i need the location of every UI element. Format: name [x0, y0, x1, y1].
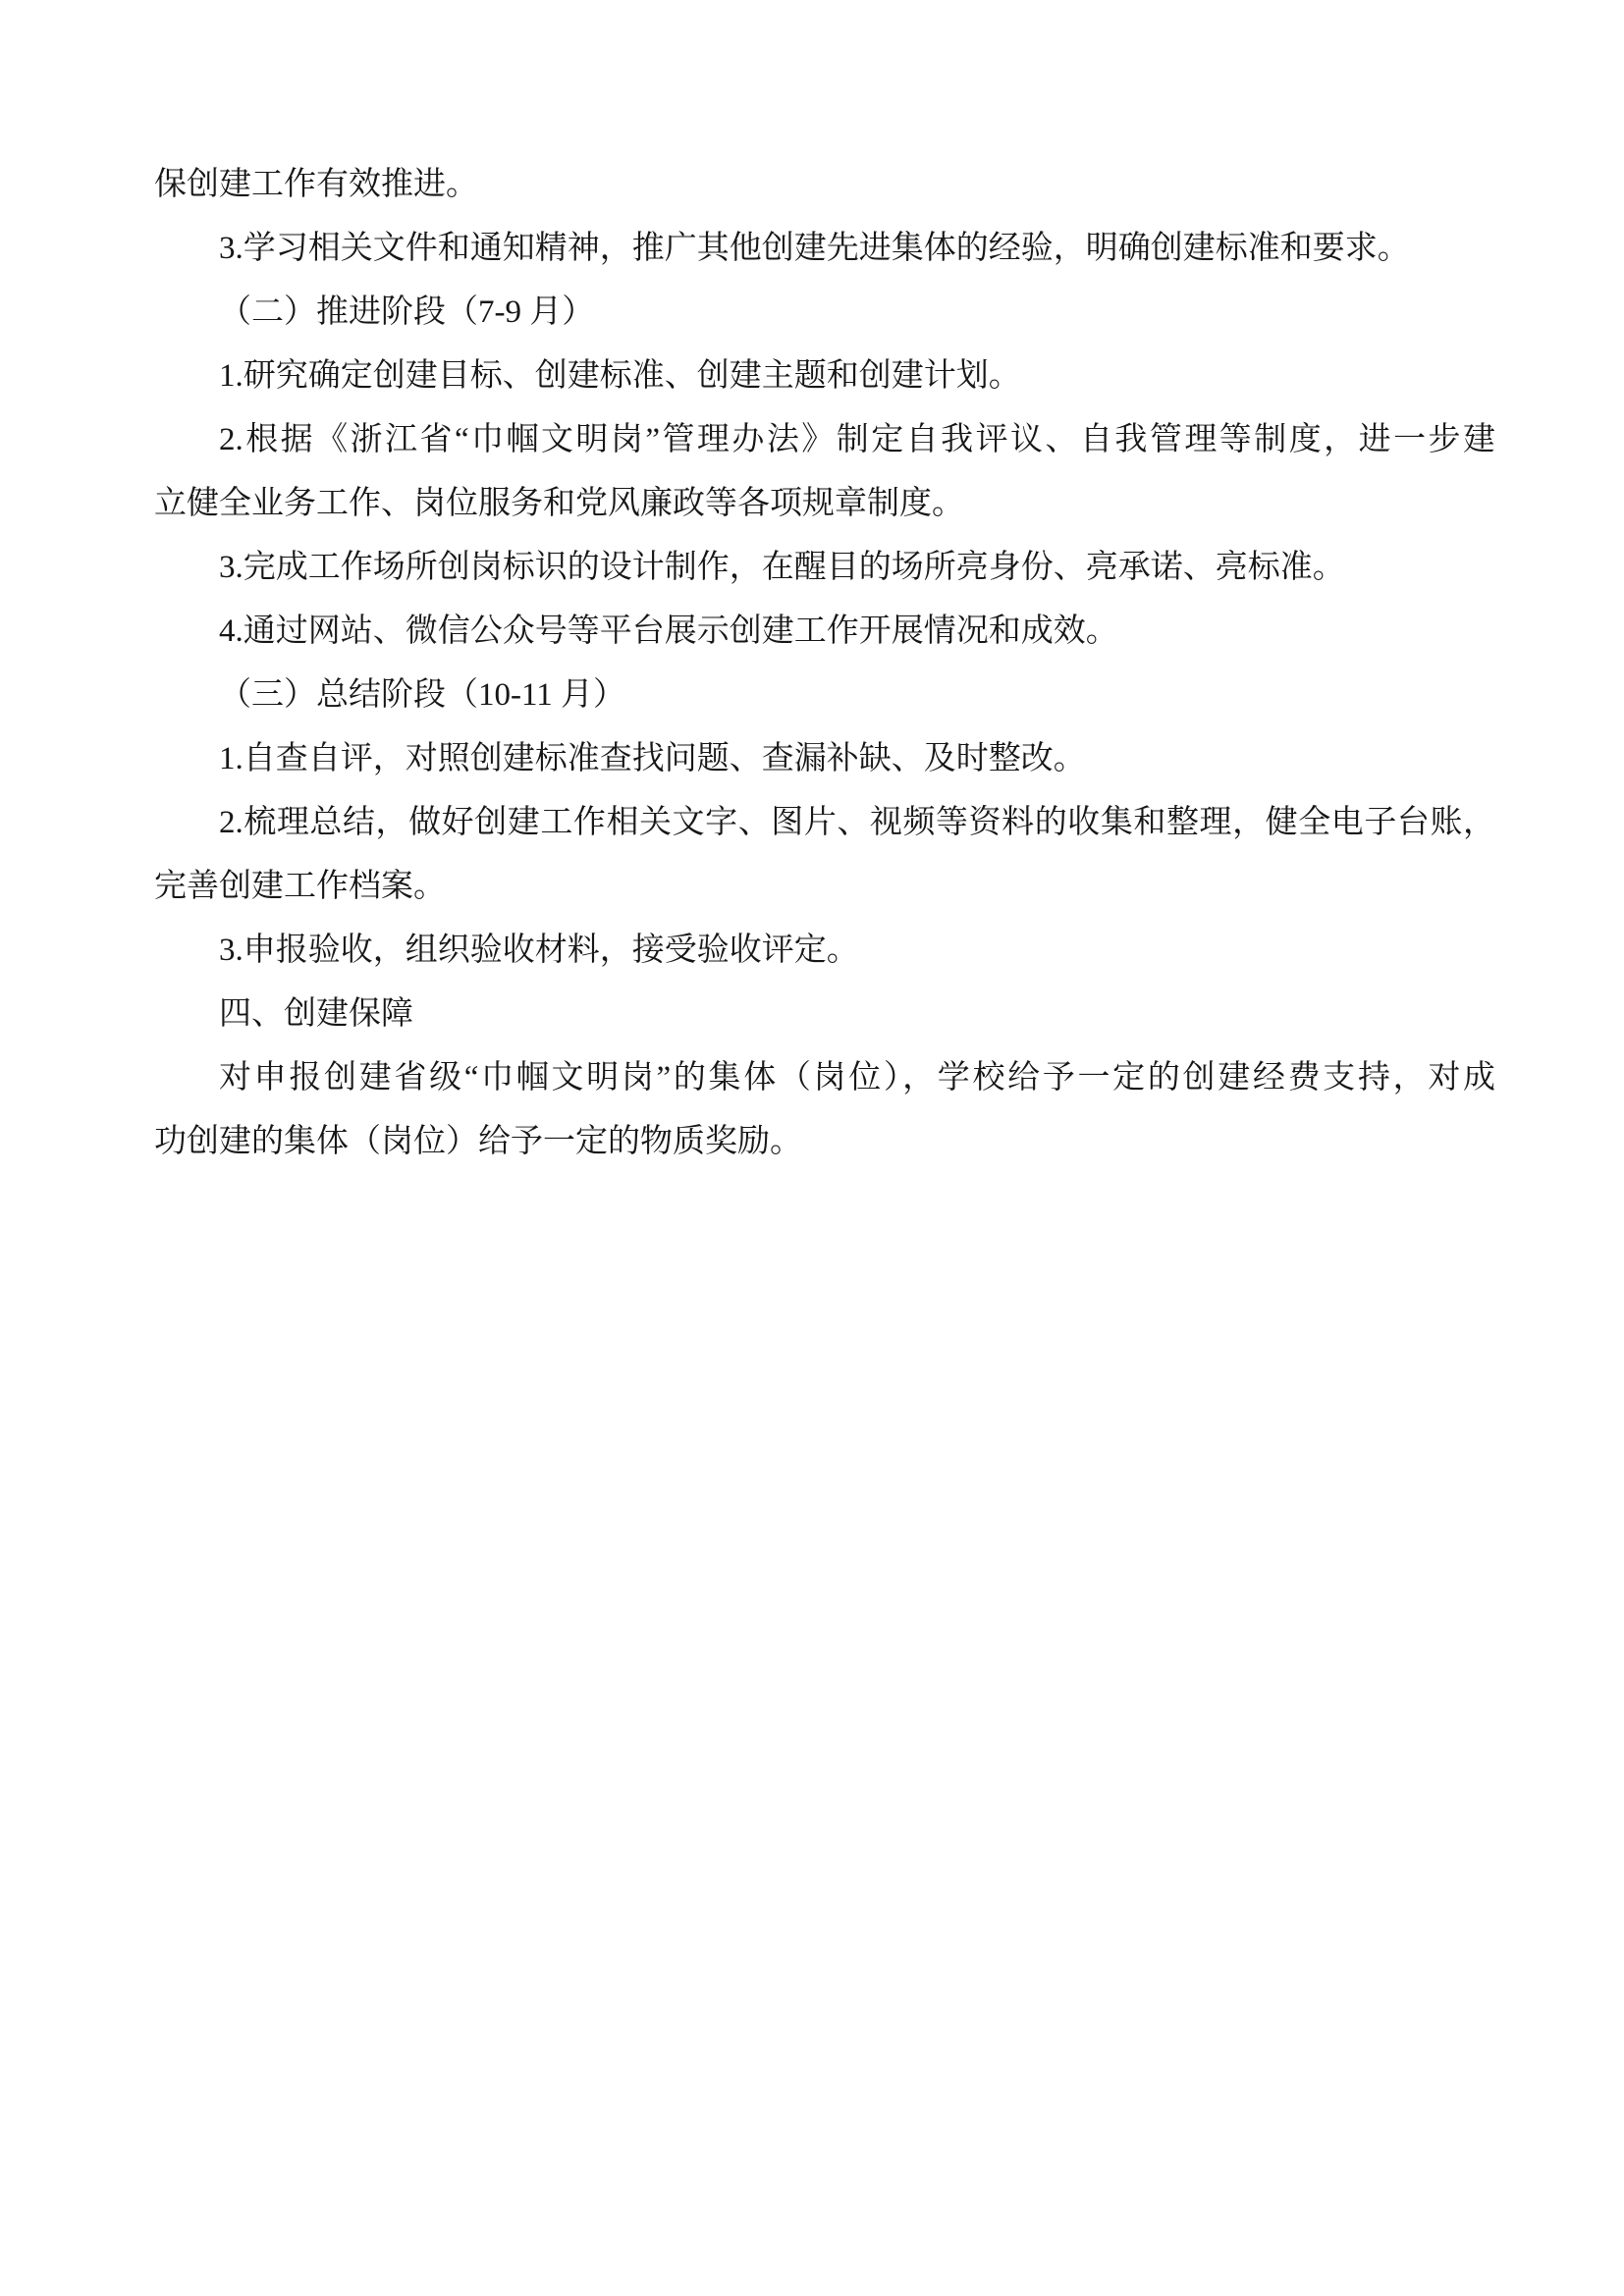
document-line: 3.完成工作场所创岗标识的设计制作，在醒目的场所亮身份、亮承诺、亮标准。	[154, 536, 1495, 600]
document-line: 2.根据《浙江省“巾帼文明岗”管理办法》制定自我评议、自我管理等制度，进一步建	[154, 408, 1495, 472]
section-heading-stage-2: （二）推进阶段（7-9 月）	[154, 281, 1495, 345]
document-line: 功创建的集体（岗位）给予一定的物质奖励。	[154, 1110, 1495, 1174]
section-heading-stage-3: （三）总结阶段（10-11 月）	[154, 664, 1495, 727]
document-text-block: 保创建工作有效推进。 3.学习相关文件和通知精神，推广其他创建先进集体的经验，明…	[154, 153, 1495, 1174]
document-line: 对申报创建省级“巾帼文明岗”的集体（岗位），学校给予一定的创建经费支持，对成	[154, 1046, 1495, 1110]
document-line: 保创建工作有效推进。	[154, 153, 1495, 217]
section-heading-part-4: 四、创建保障	[154, 983, 1495, 1046]
document-line: 3.学习相关文件和通知精神，推广其他创建先进集体的经验，明确创建标准和要求。	[154, 217, 1495, 281]
document-line: 4.通过网站、微信公众号等平台展示创建工作开展情况和成效。	[154, 600, 1495, 664]
document-line: 1.自查自评，对照创建标准查找问题、查漏补缺、及时整改。	[154, 727, 1495, 791]
document-page: 保创建工作有效推进。 3.学习相关文件和通知精神，推广其他创建先进集体的经验，明…	[0, 0, 1624, 2296]
document-line: 立健全业务工作、岗位服务和党风廉政等各项规章制度。	[154, 472, 1495, 536]
document-line: 3.申报验收，组织验收材料，接受验收评定。	[154, 919, 1495, 983]
document-line: 1.研究确定创建目标、创建标准、创建主题和创建计划。	[154, 345, 1495, 408]
document-line: 2.梳理总结，做好创建工作相关文字、图片、视频等资料的收集和整理，健全电子台账，	[154, 791, 1495, 855]
document-line: 完善创建工作档案。	[154, 855, 1495, 919]
